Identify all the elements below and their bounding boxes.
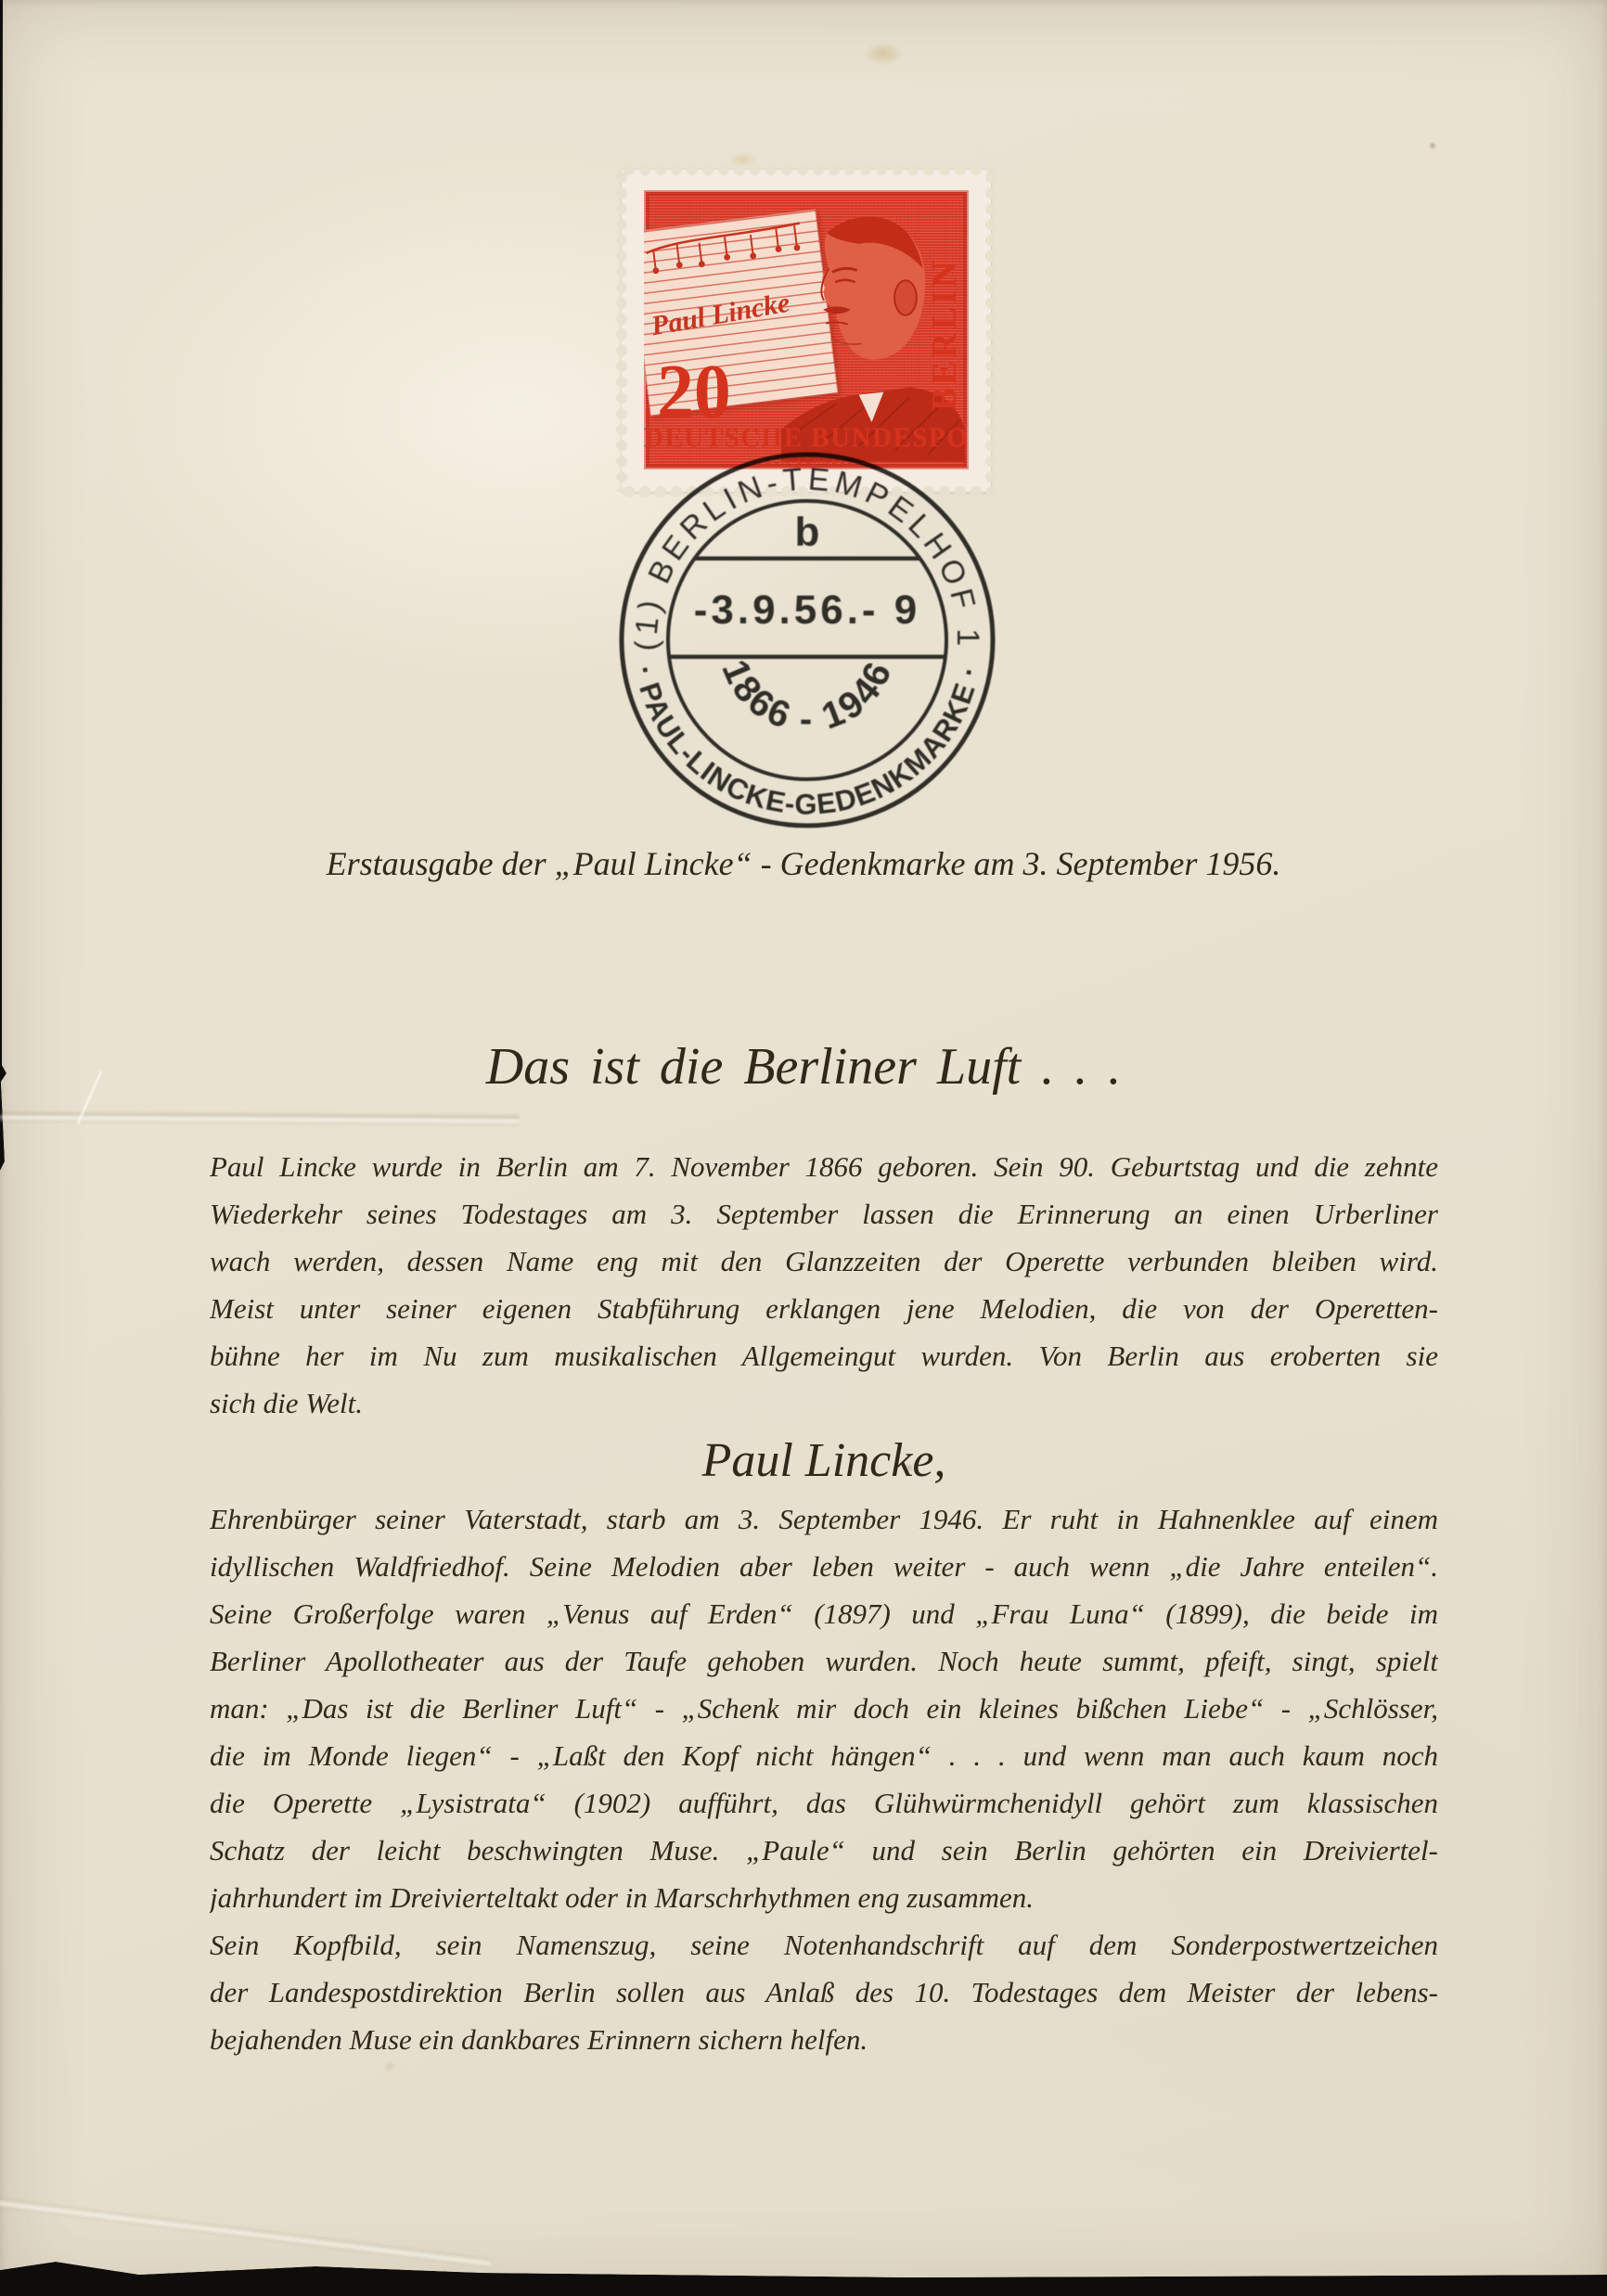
cancellation-postmark: (1) BERLIN-TEMPELHOF 1 · PAUL-LINCKE-GED… [594, 427, 1021, 853]
text-line: Schatz der leicht beschwingten Muse. „Pa… [210, 1827, 1438, 1874]
text-line: die Operette „Lysistrata“ (1902) aufführ… [210, 1779, 1438, 1827]
section-heading: Paul Lincke, [210, 1427, 1438, 1495]
text-line: idyllischen Waldfriedhof. Seine Melodien… [210, 1543, 1438, 1590]
text-line: Sein Kopfbild, sein Namenszug, seine Not… [210, 1921, 1438, 1969]
text-line: die im Monde liegen“ - „Laßt den Kopf ni… [210, 1732, 1438, 1779]
document-title: Das ist die Berliner Luft . . . [0, 1037, 1607, 1097]
text-line: Seine Großerfolge waren „Venus auf Erden… [210, 1590, 1438, 1637]
text-line: Wiederkehr seines Todestages am 3. Septe… [210, 1190, 1438, 1238]
text-line: der Landespostdirektion Berlin sollen au… [210, 1969, 1438, 2016]
text-line: sich die Welt. [210, 1379, 1438, 1427]
stamp-region-label: BERLIN [924, 253, 965, 411]
text-line: Meist unter seiner eigenen Stabführung e… [210, 1285, 1438, 1332]
postmark-years-arc: 1866 - 1946 [714, 654, 900, 739]
text-line: man: „Das ist die Berliner Luft“ - „Sche… [210, 1685, 1438, 1732]
svg-text:1866 - 1946: 1866 - 1946 [714, 654, 900, 739]
postmark-code-letter: b [795, 509, 820, 555]
text-line: wach werden, dessen Name eng mit den Gla… [210, 1238, 1438, 1285]
text-line: bejahenden Muse ein dankbares Erinnern s… [210, 2016, 1438, 2063]
text-line: bühne her im Nu zum musikalischen Allgem… [210, 1332, 1438, 1379]
text-line: Ehrenbürger seiner Vaterstadt, starb am … [210, 1495, 1438, 1543]
text-line: Berliner Apollotheater aus der Taufe geh… [210, 1637, 1438, 1685]
postmark-date: -3.9.56.- 9 [694, 587, 921, 633]
svg-text:· PAUL-LINCKE-GEDENKMARKE ·: · PAUL-LINCKE-GEDENKMARKE · [629, 663, 986, 821]
perforation-edge [622, 164, 991, 175]
text-line: jahrhundert im Dreivierteltakt oder in M… [210, 1874, 1438, 1921]
scanned-first-day-sheet: Paul Lincke BERLIN 20 DEUTSCHE BUNDESPOS… [0, 0, 1607, 2296]
stamp-denomination: 20 [657, 353, 731, 431]
text-line: Paul Lincke wurde in Berlin am 7. Novemb… [210, 1143, 1438, 1190]
body-text: Paul Lincke wurde in Berlin am 7. Novemb… [210, 1143, 1438, 2063]
postmark-bottom-arc: · PAUL-LINCKE-GEDENKMARKE · [629, 663, 986, 821]
